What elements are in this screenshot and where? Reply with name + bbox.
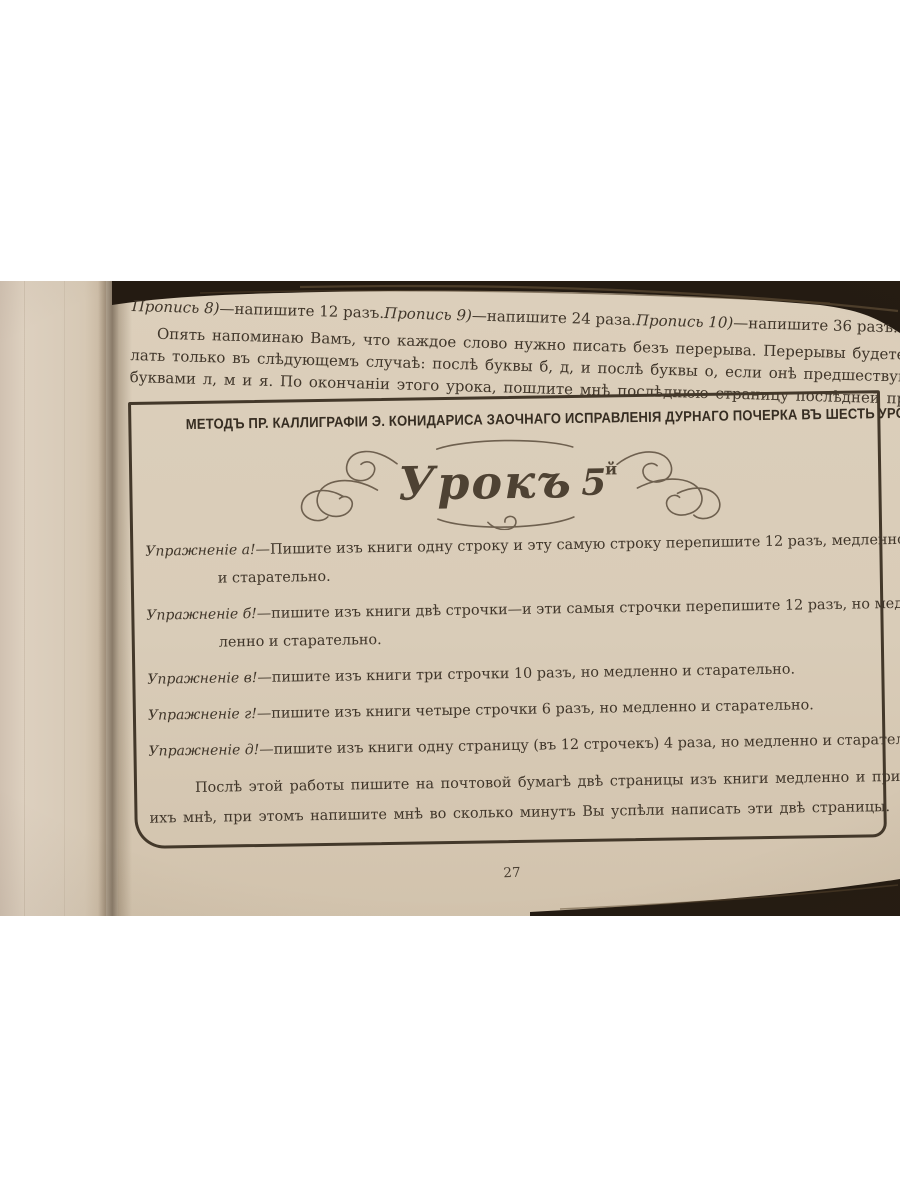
exercise-text: —пишите изъ книги четыре строчки 6 разъ,… <box>257 697 814 722</box>
propis-label: Пропись 10) <box>636 311 734 332</box>
section-header-text: МЕТОДЪ ПР. КАЛЛИГРАФІИ Э. КОНИДАРИСА ЗАО… <box>186 405 900 433</box>
closing-paragraph: Послѣ этой работы пишите на почтовой бум… <box>149 762 872 833</box>
exercise-text: —пишите изъ книги двѣ строчки—и эти самы… <box>257 596 900 622</box>
exercise-item: Упражненіе д!—пишите изъ книги одну стра… <box>148 726 870 765</box>
exercise-line: Упражненіе д!—пишите изъ книги одну стра… <box>148 726 870 765</box>
exercise-line: Упражненіе в!—пишите изъ книги три строч… <box>147 654 869 693</box>
exercise-item: Упражненіе г!—пишите изъ книги четыре ст… <box>148 690 870 729</box>
exercise-item: Упражненіе б!—пишите изъ книги двѣ строч… <box>146 590 869 657</box>
exercise-label: Упражненіе б! <box>146 606 257 624</box>
exercise-label: Упражненіе а! <box>145 542 256 560</box>
exercise-text: —пишите изъ книги одну страницу (въ 12 с… <box>259 731 900 758</box>
exercise-item: Упражненіе в!—пишите изъ книги три строч… <box>147 654 869 693</box>
propis-item: Пропись 9)—напишите 24 раза. <box>384 304 636 329</box>
lesson-title-ornament: Урокъ 5 й <box>285 431 726 534</box>
propis-label: Пропись 8) <box>131 297 219 317</box>
page-number: 27 <box>488 864 537 882</box>
exercise-item: Упражненіе а!—Пишите изъ книги одну стро… <box>145 526 868 593</box>
exercise-label: Упражненіе д! <box>148 742 259 760</box>
book-photo: Пропись 8)—напишите 12 разъ. Пропись 9)—… <box>0 281 900 916</box>
lesson-word: Урокъ <box>398 454 574 511</box>
exercise-label: Упражненіе в! <box>147 670 257 688</box>
exercise-list: Упражненіе а!—Пишите изъ книги одну стро… <box>145 526 870 765</box>
exercise-text: —пишите изъ книги три строчки 10 разъ, н… <box>257 662 795 686</box>
framed-section: МЕТОДЪ ПР. КАЛЛИГРАФІИ Э. КОНИДАРИСА ЗАО… <box>128 390 887 849</box>
propis-text: —напишите 36 разъ. <box>733 314 898 337</box>
page-text-layer: Пропись 8)—напишите 12 разъ. Пропись 9)—… <box>0 281 900 916</box>
lesson-number-suffix: й <box>605 459 617 478</box>
exercise-text: —Пишите изъ книги одну строку и эту саму… <box>255 532 900 558</box>
propis-text: —напишите 12 разъ. <box>219 299 384 322</box>
calligraphic-flourish-icon: Урокъ 5 й <box>285 431 726 534</box>
section-header: МЕТОДЪ ПР. КАЛЛИГРАФІИ Э. КОНИДАРИСА ЗАО… <box>143 403 865 433</box>
exercise-line: Упражненіе г!—пишите изъ книги четыре ст… <box>148 690 870 729</box>
propis-text: —напишите 24 раза. <box>472 307 637 330</box>
exercise-label: Упражненіе г! <box>148 706 257 724</box>
propis-label: Пропись 9) <box>384 304 472 324</box>
lesson-number: 5 <box>581 461 607 503</box>
propis-item: Пропись 10)—напишите 36 разъ. <box>636 311 898 336</box>
propis-item: Пропись 8)—напишите 12 разъ. <box>131 297 384 322</box>
